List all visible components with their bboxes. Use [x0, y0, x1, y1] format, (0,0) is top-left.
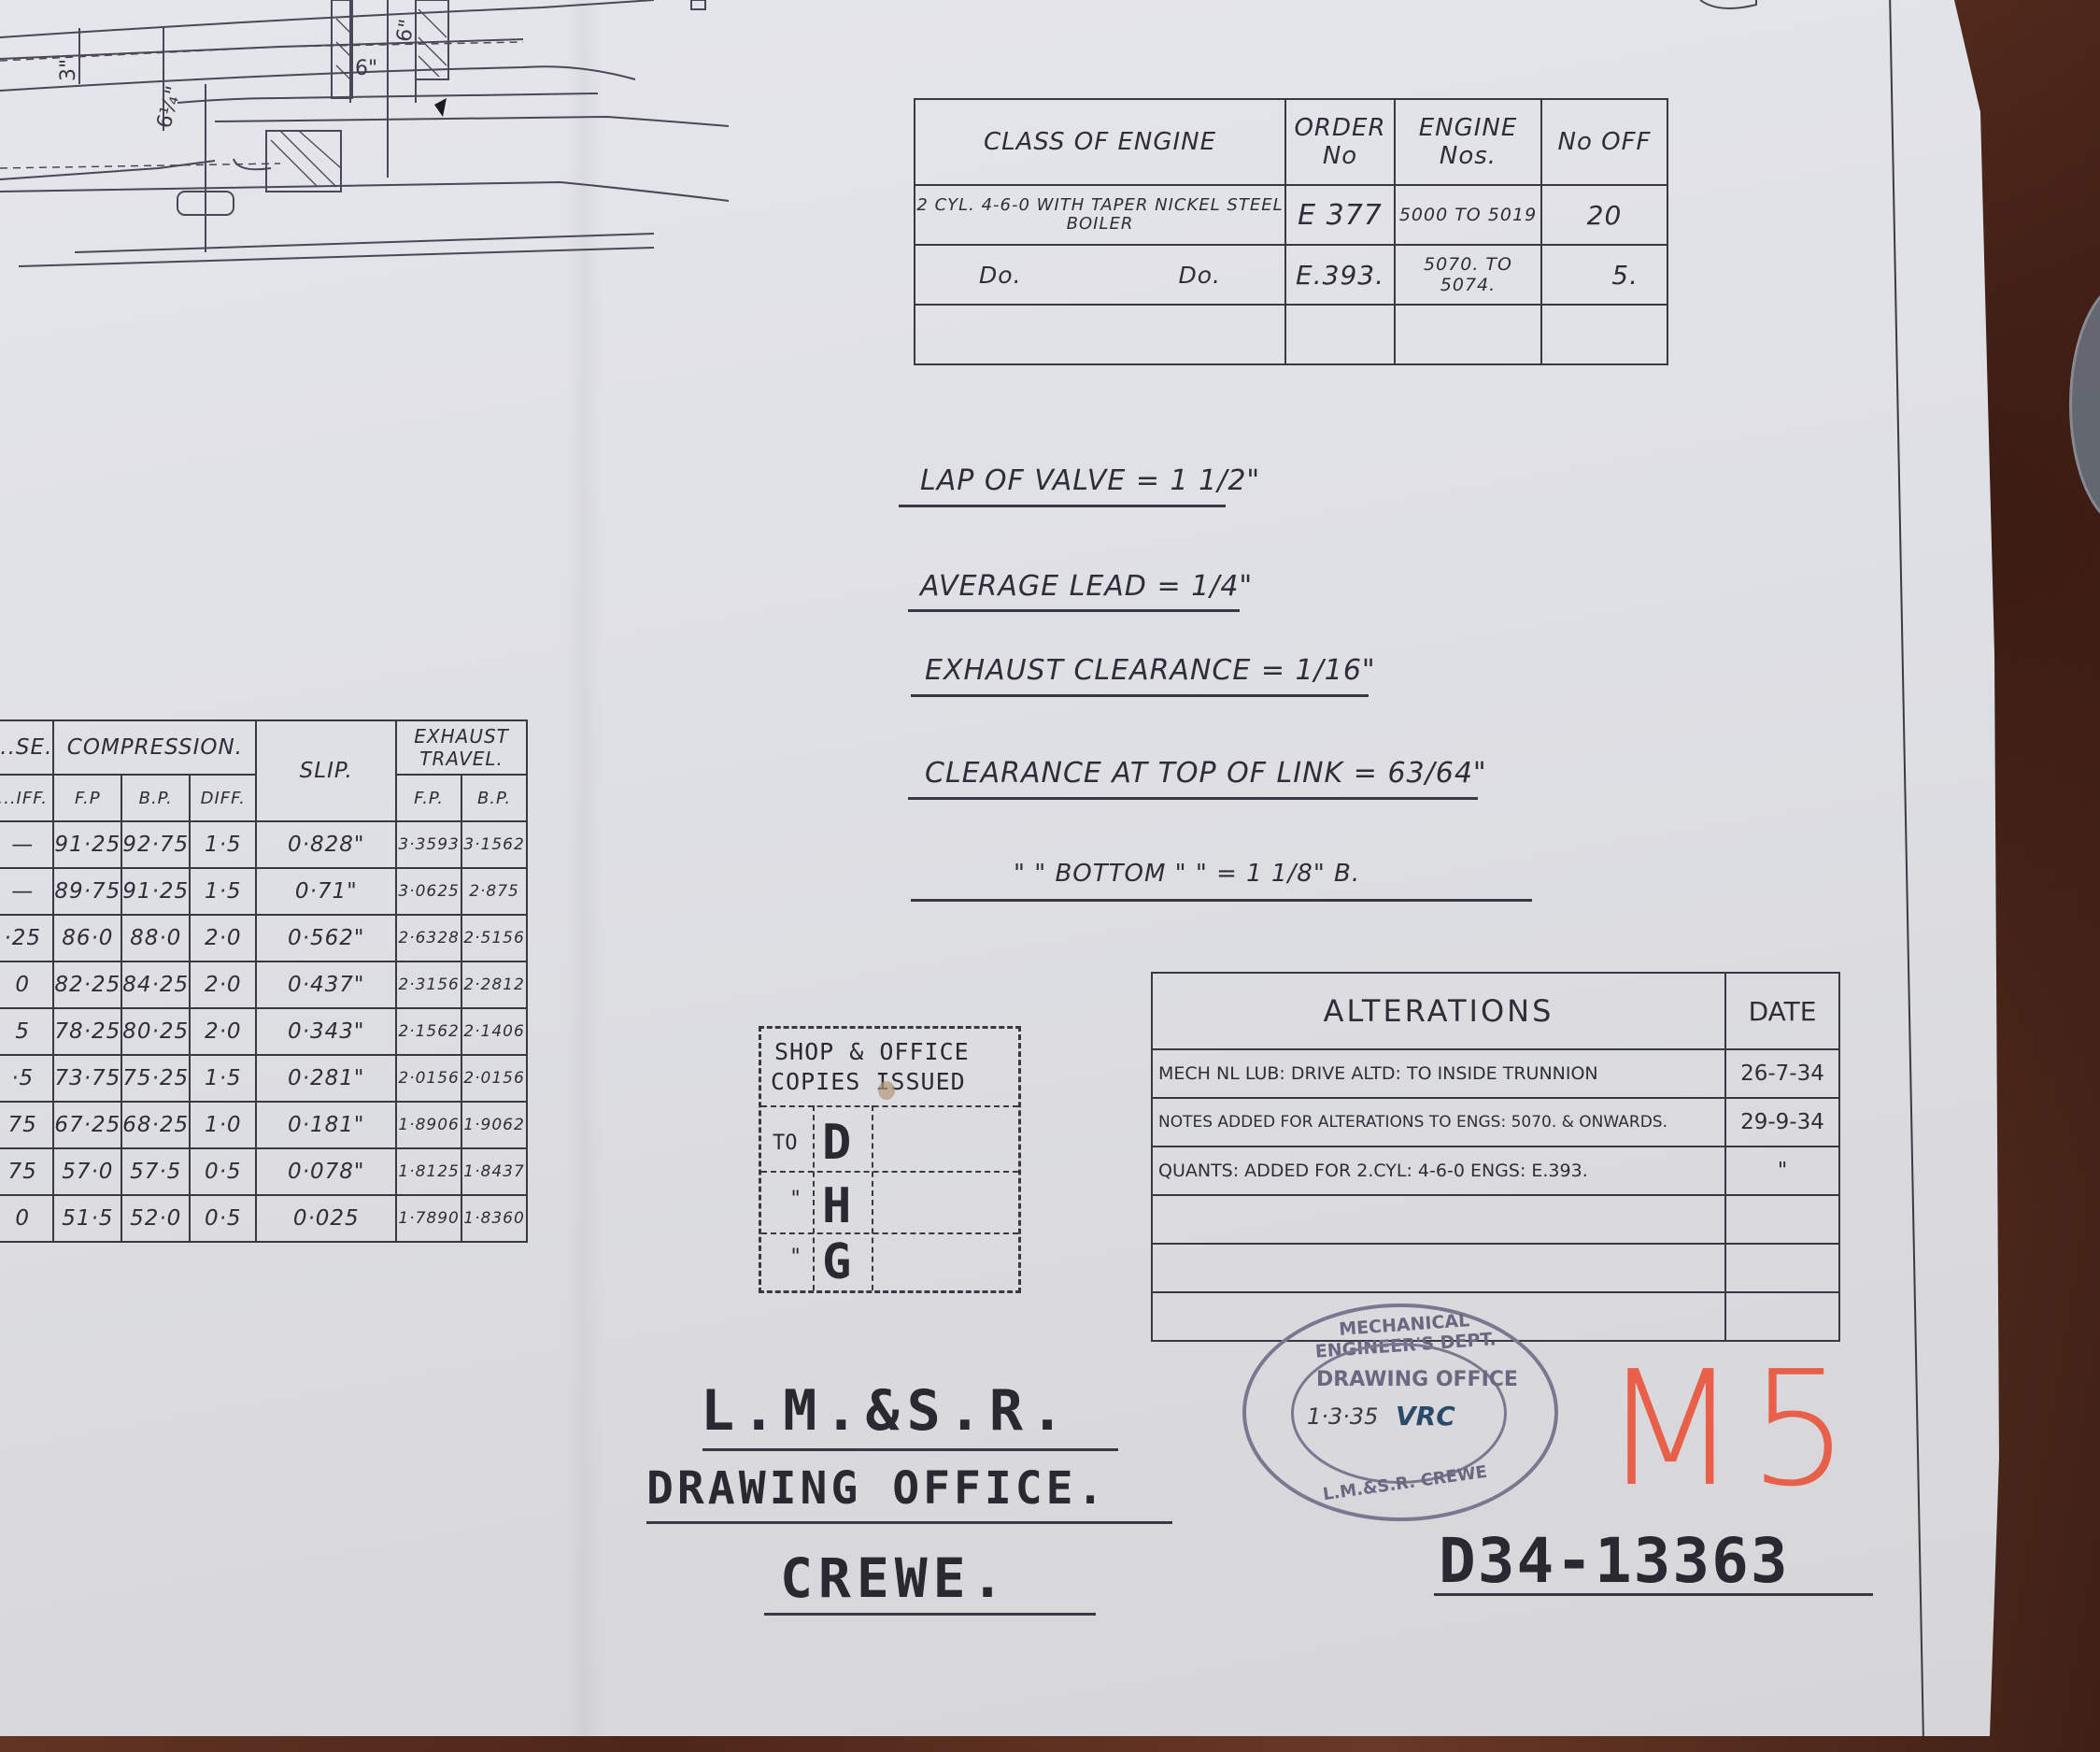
note-exhaust-clearance: EXHAUST CLEARANCE = 1/16": [925, 654, 1376, 687]
header-slip: SLIP.: [256, 720, 396, 821]
to-label: TO: [773, 1132, 798, 1155]
drawing-office-stamp: MECHANICAL ENGINEER'S DEPT. DRAWING OFFI…: [1242, 1303, 1558, 1521]
class-of-engine-table: CLASS OF ENGINE ORDER No ENGINE Nos. No …: [914, 98, 1668, 365]
ditto-b: Do.: [1178, 262, 1221, 289]
table-row: 7557·057·50·50·078"1·81251·8437: [0, 1148, 527, 1195]
note-clearance-top-link: CLEARANCE AT TOP OF LINK = 63/64": [925, 757, 1487, 790]
header-exhaust-travel: EXHAUST TRAVEL.: [396, 720, 527, 775]
stamp-date: 1·3·35: [1307, 1403, 1378, 1430]
alteration-row: MECH NL LUB: DRIVE ALTD: TO INSIDE TRUNN…: [1152, 1049, 1839, 1098]
header-engine-nos: ENGINE Nos.: [1395, 99, 1541, 185]
table-row: ·2586·088·02·00·562"2·63282·5156: [0, 915, 527, 961]
ditto-a: Do.: [979, 262, 1022, 289]
table-row: 578·2580·252·00·343"2·15622·1406: [0, 1008, 527, 1055]
cell-order: E 377: [1285, 185, 1395, 245]
cell-engines: 5000 TO 5019: [1395, 185, 1541, 245]
copy-letter-g: G: [822, 1234, 851, 1290]
table-row: 082·2584·252·00·437"2·31562·2812: [0, 961, 527, 1008]
table-row-empty: [915, 305, 1667, 364]
table-header-row: CLASS OF ENGINE ORDER No ENGINE Nos. No …: [915, 99, 1667, 185]
header-date: DATE: [1725, 973, 1839, 1049]
alteration-row-empty: [1152, 1195, 1839, 1244]
company-title: L.M.&S.R.: [701, 1378, 1071, 1444]
header-order: ORDER No: [1285, 99, 1395, 185]
drawing-number: D34-13363: [1439, 1525, 1790, 1597]
copies-issued-box: SHOP & OFFICE COPIES ISSUED TO D " H " G: [759, 1026, 1021, 1293]
header-compression: COMPRESSION.: [53, 720, 256, 775]
svg-text:6": 6": [392, 18, 419, 44]
copies-title-2: COPIES ISSUED: [771, 1068, 966, 1095]
table-row: —89·7591·251·50·71"3·06252·875: [0, 868, 527, 915]
stamp-inner-label: DRAWING OFFICE: [1316, 1368, 1518, 1391]
alteration-row: QUANTS: ADDED FOR 2.CYL: 4-6-0 ENGS: E.3…: [1152, 1147, 1839, 1195]
dimension-3: 3": [57, 59, 80, 81]
header-class: CLASS OF ENGINE: [915, 99, 1285, 185]
note-average-lead: AVERAGE LEAD = 1/4": [920, 570, 1253, 603]
svg-text:6¼": 6¼": [153, 84, 187, 131]
table-row: 2 CYL. 4-6-0 WITH TAPER NICKEL STEEL BOI…: [915, 185, 1667, 245]
cell-order: E.393.: [1285, 245, 1395, 305]
drawing-sheet: 3" 6¼" 6" 6" CLASS OF ENGINE ORDER No EN…: [0, 0, 2008, 1736]
table-row: ·573·7575·251·50·281"2·01562·0156: [0, 1055, 527, 1102]
copy-letter-d: D: [822, 1115, 851, 1171]
group-header-row: ...SE. COMPRESSION. SLIP. EXHAUST TRAVEL…: [0, 720, 527, 775]
stain-mark: [878, 1081, 895, 1100]
drawing-office-title: DRAWING OFFICE.: [646, 1462, 1107, 1515]
cell-off: 5.: [1541, 245, 1667, 305]
copies-title-1: SHOP & OFFICE: [774, 1038, 970, 1065]
cell-engines: 5070. TO 5074.: [1395, 245, 1541, 305]
stamp-initials: VRC: [1396, 1401, 1455, 1432]
cell-class: 2 CYL. 4-6-0 WITH TAPER NICKEL STEEL BOI…: [915, 185, 1285, 245]
alterations-table: ALTERATIONS DATE MECH NL LUB: DRIVE ALTD…: [1151, 972, 1840, 1342]
cell-off: 20: [1541, 185, 1667, 245]
header-no-off: No OFF: [1541, 99, 1667, 185]
table-row: 7567·2568·251·00·181"1·89061·9062: [0, 1102, 527, 1148]
table-row: —91·2592·751·50·828"3·35933·1562: [0, 821, 527, 868]
note-clearance-bottom: " " BOTTOM " " = 1 1/8" B.: [1014, 860, 1360, 888]
copy-letter-h: H: [822, 1178, 851, 1234]
alteration-row-empty: [1152, 1244, 1839, 1292]
crewe-title: CREWE.: [780, 1546, 1010, 1610]
red-pencil-mark: M5: [1602, 1350, 1859, 1509]
svg-text:6": 6": [355, 57, 377, 80]
table-row: 051·552·00·50·0251·78901·8360: [0, 1195, 527, 1242]
table-row: Do. Do. E.393. 5070. TO 5074. 5.: [915, 245, 1667, 305]
valve-events-table: ...SE. COMPRESSION. SLIP. EXHAUST TRAVEL…: [0, 719, 528, 1243]
header-alterations: ALTERATIONS: [1152, 973, 1725, 1049]
alteration-row: NOTES ADDED FOR ALTERATIONS TO ENGS: 507…: [1152, 1098, 1839, 1147]
alterations-header-row: ALTERATIONS DATE: [1152, 973, 1839, 1049]
cell-class: Do. Do.: [915, 245, 1285, 305]
note-lap-of-valve: LAP OF VALVE = 1 1/2": [920, 464, 1260, 497]
